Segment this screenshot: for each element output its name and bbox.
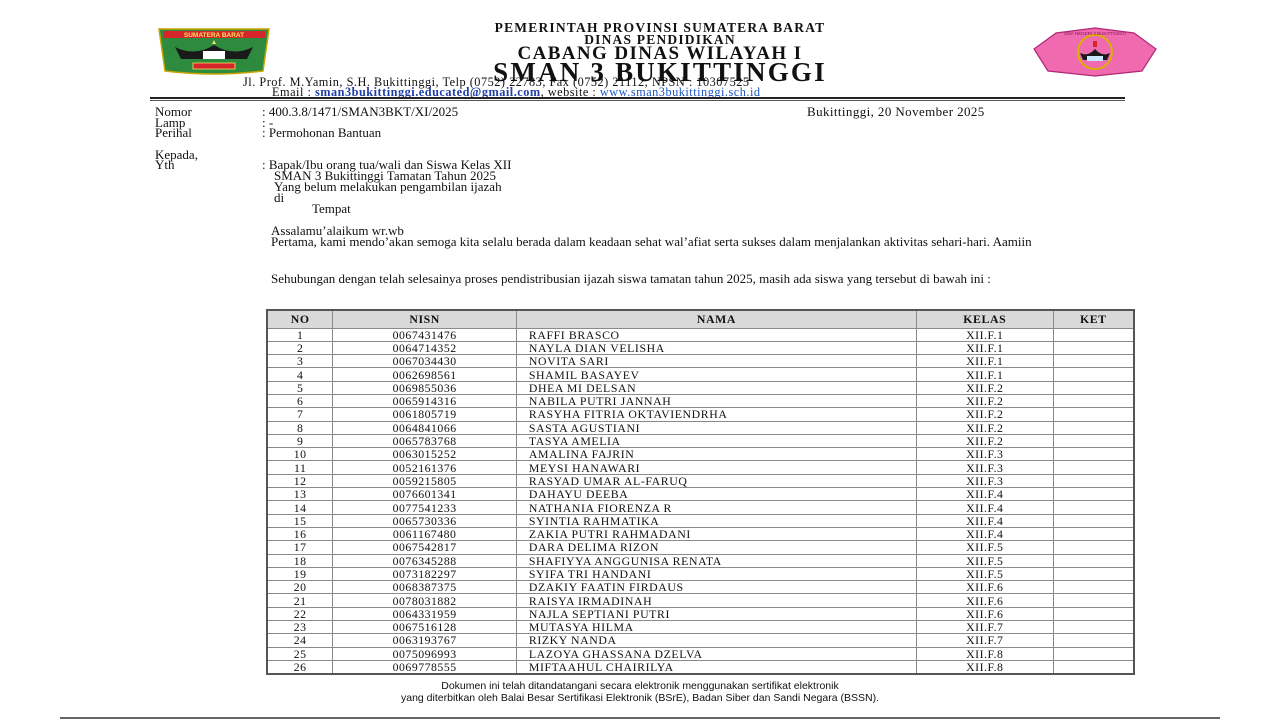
cell-kelas: XII.F.1 bbox=[916, 368, 1053, 381]
cell-nisn: 0076345288 bbox=[333, 554, 517, 567]
cell-ket bbox=[1053, 474, 1134, 487]
cell-nama: ZAKIA PUTRI RAHMADANI bbox=[516, 527, 916, 540]
cell-ket bbox=[1053, 660, 1134, 674]
cell-kelas: XII.F.4 bbox=[916, 501, 1053, 514]
cell-nama: DZAKIY FAATIN FIRDAUS bbox=[516, 581, 916, 594]
yth-label: Yth bbox=[155, 159, 175, 170]
cell-nama: NABILA PUTRI JANNAH bbox=[516, 394, 916, 407]
table-row: 220064331959NAJLA SEPTIANI PUTRIXII.F.6 bbox=[267, 607, 1134, 620]
cell-kelas: XII.F.3 bbox=[916, 461, 1053, 474]
table-row: 260069778555MIFTAAHUL CHAIRILYAXII.F.8 bbox=[267, 660, 1134, 674]
cell-no: 19 bbox=[267, 567, 333, 580]
letterhead-rule bbox=[150, 97, 1125, 99]
column-header-ket: KET bbox=[1053, 310, 1134, 328]
recipient-line: di bbox=[274, 192, 284, 203]
cell-no: 14 bbox=[267, 501, 333, 514]
cell-kelas: XII.F.2 bbox=[916, 394, 1053, 407]
cell-nama: DHEA MI DELSAN bbox=[516, 381, 916, 394]
cell-nisn: 0073182297 bbox=[333, 567, 517, 580]
cell-nisn: 0067516128 bbox=[333, 621, 517, 634]
cell-ket bbox=[1053, 488, 1134, 501]
cell-no: 17 bbox=[267, 541, 333, 554]
table-row: 120059215805RASYAD UMAR AL-FARUQXII.F.3 bbox=[267, 474, 1134, 487]
cell-ket bbox=[1053, 394, 1134, 407]
table-row: 230067516128MUTASYA HILMAXII.F.7 bbox=[267, 621, 1134, 634]
cell-no: 11 bbox=[267, 461, 333, 474]
cell-nisn: 0063015252 bbox=[333, 448, 517, 461]
cell-nisn: 0068387375 bbox=[333, 581, 517, 594]
cell-no: 26 bbox=[267, 660, 333, 674]
cell-no: 5 bbox=[267, 381, 333, 394]
cell-ket bbox=[1053, 594, 1134, 607]
cell-ket bbox=[1053, 554, 1134, 567]
cell-ket bbox=[1053, 434, 1134, 447]
cell-no: 10 bbox=[267, 448, 333, 461]
cell-no: 6 bbox=[267, 394, 333, 407]
cell-nama: SHAFIYYA ANGGUNISA RENATA bbox=[516, 554, 916, 567]
table-row: 90065783768TASYA AMELIAXII.F.2 bbox=[267, 434, 1134, 447]
table-row: 210078031882RAISYA IRMADINAHXII.F.6 bbox=[267, 594, 1134, 607]
cell-nama: NATHANIA FIORENZA R bbox=[516, 501, 916, 514]
letterhead: SUMATERA BARAT PEMERINTAH PROVINSI SUMAT… bbox=[150, 18, 1130, 98]
cell-nisn: 0065730336 bbox=[333, 514, 517, 527]
cell-ket bbox=[1053, 448, 1134, 461]
table-row: 250075096993LAZOYA GHASSANA DZELVAXII.F.… bbox=[267, 647, 1134, 660]
cell-nisn: 0067431476 bbox=[333, 328, 517, 341]
cell-nama: DARA DELIMA RIZON bbox=[516, 541, 916, 554]
cell-no: 21 bbox=[267, 594, 333, 607]
cell-kelas: XII.F.3 bbox=[916, 474, 1053, 487]
svg-text:SUMATERA BARAT: SUMATERA BARAT bbox=[184, 32, 244, 39]
cell-kelas: XII.F.7 bbox=[916, 634, 1053, 647]
cell-kelas: XII.F.1 bbox=[916, 328, 1053, 341]
cell-nama: RIZKY NANDA bbox=[516, 634, 916, 647]
cell-nama: LAZOYA GHASSANA DZELVA bbox=[516, 647, 916, 660]
cell-kelas: XII.F.5 bbox=[916, 541, 1053, 554]
table-row: 20064714352NAYLA DIAN VELISHAXII.F.1 bbox=[267, 341, 1134, 354]
cell-nisn: 0059215805 bbox=[333, 474, 517, 487]
cell-no: 16 bbox=[267, 527, 333, 540]
cell-nama: NOVITA SARI bbox=[516, 355, 916, 368]
cell-no: 13 bbox=[267, 488, 333, 501]
table-row: 10067431476RAFFI BRASCOXII.F.1 bbox=[267, 328, 1134, 341]
cell-no: 23 bbox=[267, 621, 333, 634]
table-row: 70061805719RASYHA FITRIA OKTAVIENDRHAXII… bbox=[267, 408, 1134, 421]
cell-nama: AMALINA FAJRIN bbox=[516, 448, 916, 461]
cell-kelas: XII.F.2 bbox=[916, 408, 1053, 421]
cell-ket bbox=[1053, 581, 1134, 594]
cell-no: 18 bbox=[267, 554, 333, 567]
table-row: 50069855036DHEA MI DELSANXII.F.2 bbox=[267, 381, 1134, 394]
column-header-no: NO bbox=[267, 310, 333, 328]
cell-ket bbox=[1053, 368, 1134, 381]
cell-nama: MEYSI HANAWARI bbox=[516, 461, 916, 474]
recipient-line: Tempat bbox=[312, 203, 351, 214]
cell-ket bbox=[1053, 621, 1134, 634]
cell-kelas: XII.F.4 bbox=[916, 514, 1053, 527]
letterhead-text: PEMERINTAH PROVINSI SUMATERA BARAT DINAS… bbox=[240, 22, 1080, 83]
cell-no: 12 bbox=[267, 474, 333, 487]
table-row: 100063015252AMALINA FAJRINXII.F.3 bbox=[267, 448, 1134, 461]
table-row: 140077541233NATHANIA FIORENZA RXII.F.4 bbox=[267, 501, 1134, 514]
cell-nama: SASTA AGUSTIANI bbox=[516, 421, 916, 434]
cell-nisn: 0067542817 bbox=[333, 541, 517, 554]
cell-no: 25 bbox=[267, 647, 333, 660]
cell-ket bbox=[1053, 634, 1134, 647]
cell-ket bbox=[1053, 381, 1134, 394]
cell-nama: RAFFI BRASCO bbox=[516, 328, 916, 341]
cell-nisn: 0076601341 bbox=[333, 488, 517, 501]
electronic-signature-note: Dokumen ini telah ditandatangani secara … bbox=[240, 681, 1040, 704]
letter-date: Bukittinggi, 20 November 2025 bbox=[807, 104, 985, 120]
cell-ket bbox=[1053, 514, 1134, 527]
cell-kelas: XII.F.6 bbox=[916, 607, 1053, 620]
cell-nisn: 0065914316 bbox=[333, 394, 517, 407]
cell-nama: MUTASYA HILMA bbox=[516, 621, 916, 634]
cell-nama: SYINTIA RAHMATIKA bbox=[516, 514, 916, 527]
cell-kelas: XII.F.3 bbox=[916, 448, 1053, 461]
bottom-rule bbox=[60, 717, 1220, 719]
cell-no: 20 bbox=[267, 581, 333, 594]
cell-ket bbox=[1053, 328, 1134, 341]
cell-ket bbox=[1053, 567, 1134, 580]
cell-ket bbox=[1053, 461, 1134, 474]
table-row: 150065730336SYINTIA RAHMATIKAXII.F.4 bbox=[267, 514, 1134, 527]
cell-nisn: 0077541233 bbox=[333, 501, 517, 514]
cell-ket bbox=[1053, 501, 1134, 514]
cell-nisn: 0065783768 bbox=[333, 434, 517, 447]
meta-value: : Permohonan Bantuan bbox=[262, 127, 381, 138]
cell-nisn: 0064841066 bbox=[333, 421, 517, 434]
cell-ket bbox=[1053, 527, 1134, 540]
table-row: 180076345288SHAFIYYA ANGGUNISA RENATAXII… bbox=[267, 554, 1134, 567]
table-header-row: NO NISN NAMA KELAS KET bbox=[267, 310, 1134, 328]
cell-kelas: XII.F.2 bbox=[916, 421, 1053, 434]
cell-ket bbox=[1053, 421, 1134, 434]
cell-ket bbox=[1053, 408, 1134, 421]
table-row: 80064841066SASTA AGUSTIANIXII.F.2 bbox=[267, 421, 1134, 434]
cell-nisn: 0064714352 bbox=[333, 341, 517, 354]
paragraph-2: Sehubungan dengan telah selesainya prose… bbox=[271, 273, 1121, 285]
table-row: 30067034430NOVITA SARIXII.F.1 bbox=[267, 355, 1134, 368]
meta-value: : 400.3.8/1471/SMAN3BKT/XI/2025 bbox=[262, 106, 458, 117]
cell-kelas: XII.F.4 bbox=[916, 527, 1053, 540]
cell-nama: NAJLA SEPTIANI PUTRI bbox=[516, 607, 916, 620]
cell-nisn: 0062698561 bbox=[333, 368, 517, 381]
cell-nama: RASYAD UMAR AL-FARUQ bbox=[516, 474, 916, 487]
cell-nisn: 0064331959 bbox=[333, 607, 517, 620]
svg-text:SMA NEGERI 3 BUKITTINGGI: SMA NEGERI 3 BUKITTINGGI bbox=[1064, 31, 1126, 36]
cell-nisn: 0075096993 bbox=[333, 647, 517, 660]
cell-no: 1 bbox=[267, 328, 333, 341]
cell-kelas: XII.F.5 bbox=[916, 554, 1053, 567]
cell-nisn: 0061805719 bbox=[333, 408, 517, 421]
cell-nama: SYIFA TRI HANDANI bbox=[516, 567, 916, 580]
cell-ket bbox=[1053, 607, 1134, 620]
table-row: 240063193767RIZKY NANDAXII.F.7 bbox=[267, 634, 1134, 647]
cell-ket bbox=[1053, 647, 1134, 660]
cell-nisn: 0069855036 bbox=[333, 381, 517, 394]
letterhead-rule-thin bbox=[150, 100, 1125, 101]
cell-no: 22 bbox=[267, 607, 333, 620]
table-row: 60065914316NABILA PUTRI JANNAHXII.F.2 bbox=[267, 394, 1134, 407]
column-header-kelas: KELAS bbox=[916, 310, 1053, 328]
cell-no: 8 bbox=[267, 421, 333, 434]
students-table: NO NISN NAMA KELAS KET 10067431476RAFFI … bbox=[266, 309, 1135, 675]
school-emblem-icon: SMA NEGERI 3 BUKITTINGGI bbox=[1030, 27, 1160, 77]
cell-nama: RAISYA IRMADINAH bbox=[516, 594, 916, 607]
cell-ket bbox=[1053, 341, 1134, 354]
cell-kelas: XII.F.2 bbox=[916, 434, 1053, 447]
cell-nisn: 0063193767 bbox=[333, 634, 517, 647]
paragraph-1: Pertama, kami mendo’akan semoga kita sel… bbox=[271, 236, 1121, 248]
cell-ket bbox=[1053, 355, 1134, 368]
cell-no: 7 bbox=[267, 408, 333, 421]
table-row: 40062698561SHAMIL BASAYEVXII.F.1 bbox=[267, 368, 1134, 381]
cell-kelas: XII.F.5 bbox=[916, 567, 1053, 580]
cell-kelas: XII.F.1 bbox=[916, 355, 1053, 368]
table-row: 160061167480ZAKIA PUTRI RAHMADANIXII.F.4 bbox=[267, 527, 1134, 540]
cell-no: 24 bbox=[267, 634, 333, 647]
cell-kelas: XII.F.6 bbox=[916, 594, 1053, 607]
cell-kelas: XII.F.1 bbox=[916, 341, 1053, 354]
cell-nama: NAYLA DIAN VELISHA bbox=[516, 341, 916, 354]
column-header-nisn: NISN bbox=[333, 310, 517, 328]
cell-kelas: XII.F.4 bbox=[916, 488, 1053, 501]
cell-nisn: 0052161376 bbox=[333, 461, 517, 474]
cell-nisn: 0069778555 bbox=[333, 660, 517, 674]
cell-nama: DAHAYU DEEBA bbox=[516, 488, 916, 501]
cell-kelas: XII.F.8 bbox=[916, 647, 1053, 660]
table-row: 200068387375DZAKIY FAATIN FIRDAUSXII.F.6 bbox=[267, 581, 1134, 594]
cell-no: 4 bbox=[267, 368, 333, 381]
column-header-nama: NAMA bbox=[516, 310, 916, 328]
cell-nama: MIFTAAHUL CHAIRILYA bbox=[516, 660, 916, 674]
table-row: 110052161376MEYSI HANAWARIXII.F.3 bbox=[267, 461, 1134, 474]
cell-nisn: 0067034430 bbox=[333, 355, 517, 368]
cell-nama: TASYA AMELIA bbox=[516, 434, 916, 447]
signature-note-line-2: yang diterbitkan oleh Balai Besar Sertif… bbox=[240, 693, 1040, 705]
cell-no: 15 bbox=[267, 514, 333, 527]
recipient-line: Yang belum melakukan pengambilan ijazah bbox=[274, 181, 502, 192]
cell-no: 3 bbox=[267, 355, 333, 368]
cell-kelas: XII.F.7 bbox=[916, 621, 1053, 634]
cell-ket bbox=[1053, 541, 1134, 554]
table-row: 190073182297SYIFA TRI HANDANIXII.F.5 bbox=[267, 567, 1134, 580]
cell-kelas: XII.F.2 bbox=[916, 381, 1053, 394]
cell-nama: SHAMIL BASAYEV bbox=[516, 368, 916, 381]
cell-no: 2 bbox=[267, 341, 333, 354]
meta-label: Perihal bbox=[155, 127, 192, 138]
signature-note-line-1: Dokumen ini telah ditandatangani secara … bbox=[240, 681, 1040, 693]
cell-kelas: XII.F.8 bbox=[916, 660, 1053, 674]
cell-nama: RASYHA FITRIA OKTAVIENDRHA bbox=[516, 408, 916, 421]
cell-nisn: 0078031882 bbox=[333, 594, 517, 607]
table-body: 10067431476RAFFI BRASCOXII.F.12006471435… bbox=[267, 328, 1134, 674]
cell-kelas: XII.F.6 bbox=[916, 581, 1053, 594]
table-row: 170067542817DARA DELIMA RIZONXII.F.5 bbox=[267, 541, 1134, 554]
table-row: 130076601341DAHAYU DEEBAXII.F.4 bbox=[267, 488, 1134, 501]
cell-no: 9 bbox=[267, 434, 333, 447]
cell-nisn: 0061167480 bbox=[333, 527, 517, 540]
